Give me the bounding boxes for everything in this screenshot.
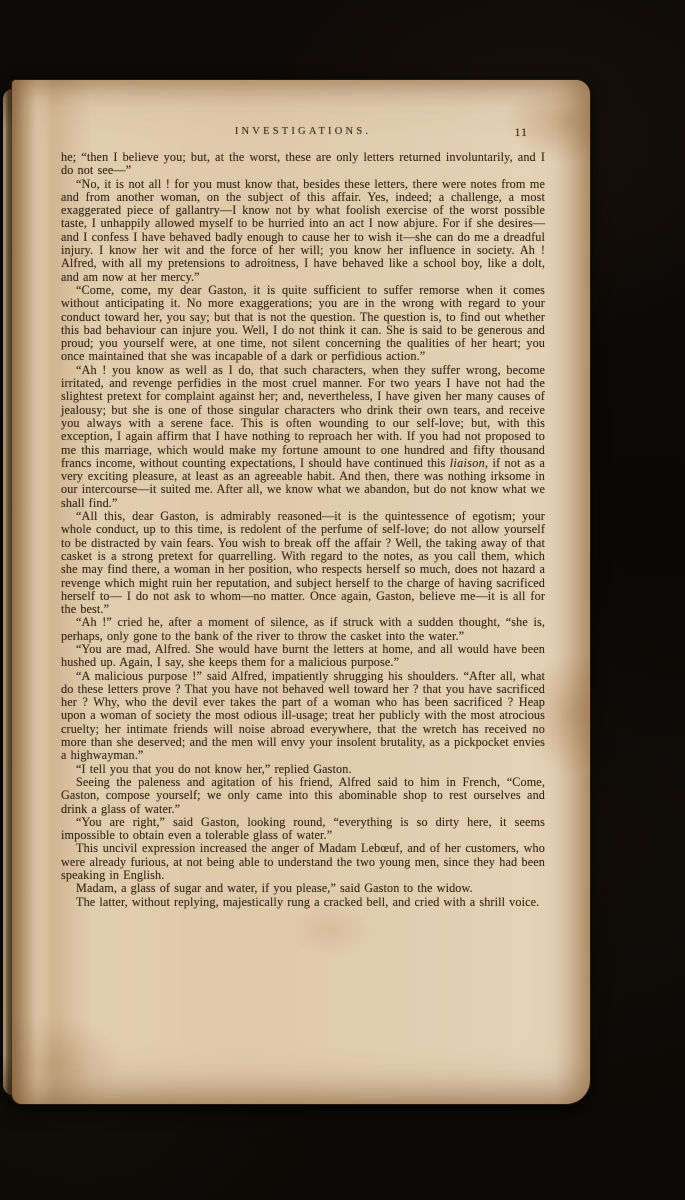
paragraph: The latter, without replying, majestical…: [61, 896, 545, 909]
page-text: he; “then I believe you; but, at the wor…: [61, 151, 545, 909]
paragraph: Madam, a glass of sugar and water, if yo…: [61, 882, 545, 895]
paragraph: “Ah !” cried he, after a moment of silen…: [61, 616, 545, 643]
paragraph: “All this, dear Gaston, is admirably rea…: [61, 510, 545, 616]
book-page: INVESTIGATIONS. 11 he; “then I believe y…: [12, 80, 590, 1104]
paragraph: “You are right,” said Gaston, looking ro…: [61, 816, 545, 843]
paragraph: “I tell you that you do not know her,” r…: [61, 763, 545, 776]
paragraph: This uncivil expression increased the an…: [61, 842, 545, 882]
page-gutter-shadow: [12, 80, 58, 1104]
paragraph: “No, it is not all ! for you must know t…: [61, 178, 545, 284]
page-number: 11: [514, 125, 528, 140]
paragraph: he; “then I believe you; but, at the wor…: [61, 151, 545, 178]
page-header: INVESTIGATIONS. 11: [61, 126, 545, 144]
paragraph: Seeing the paleness and agitation of his…: [61, 776, 545, 816]
running-title: INVESTIGATIONS.: [61, 126, 545, 137]
paragraph: “Come, come, my dear Gaston, it is quite…: [61, 284, 545, 364]
paragraph: “Ah ! you know as well as I do, that suc…: [61, 364, 545, 510]
book: INVESTIGATIONS. 11 he; “then I believe y…: [3, 80, 588, 1104]
paragraph: “You are mad, Alfred. She would have bur…: [61, 643, 545, 670]
photo-backdrop: INVESTIGATIONS. 11 he; “then I believe y…: [0, 0, 685, 1200]
paragraph: “A malicious purpose !” said Alfred, imp…: [61, 670, 545, 763]
